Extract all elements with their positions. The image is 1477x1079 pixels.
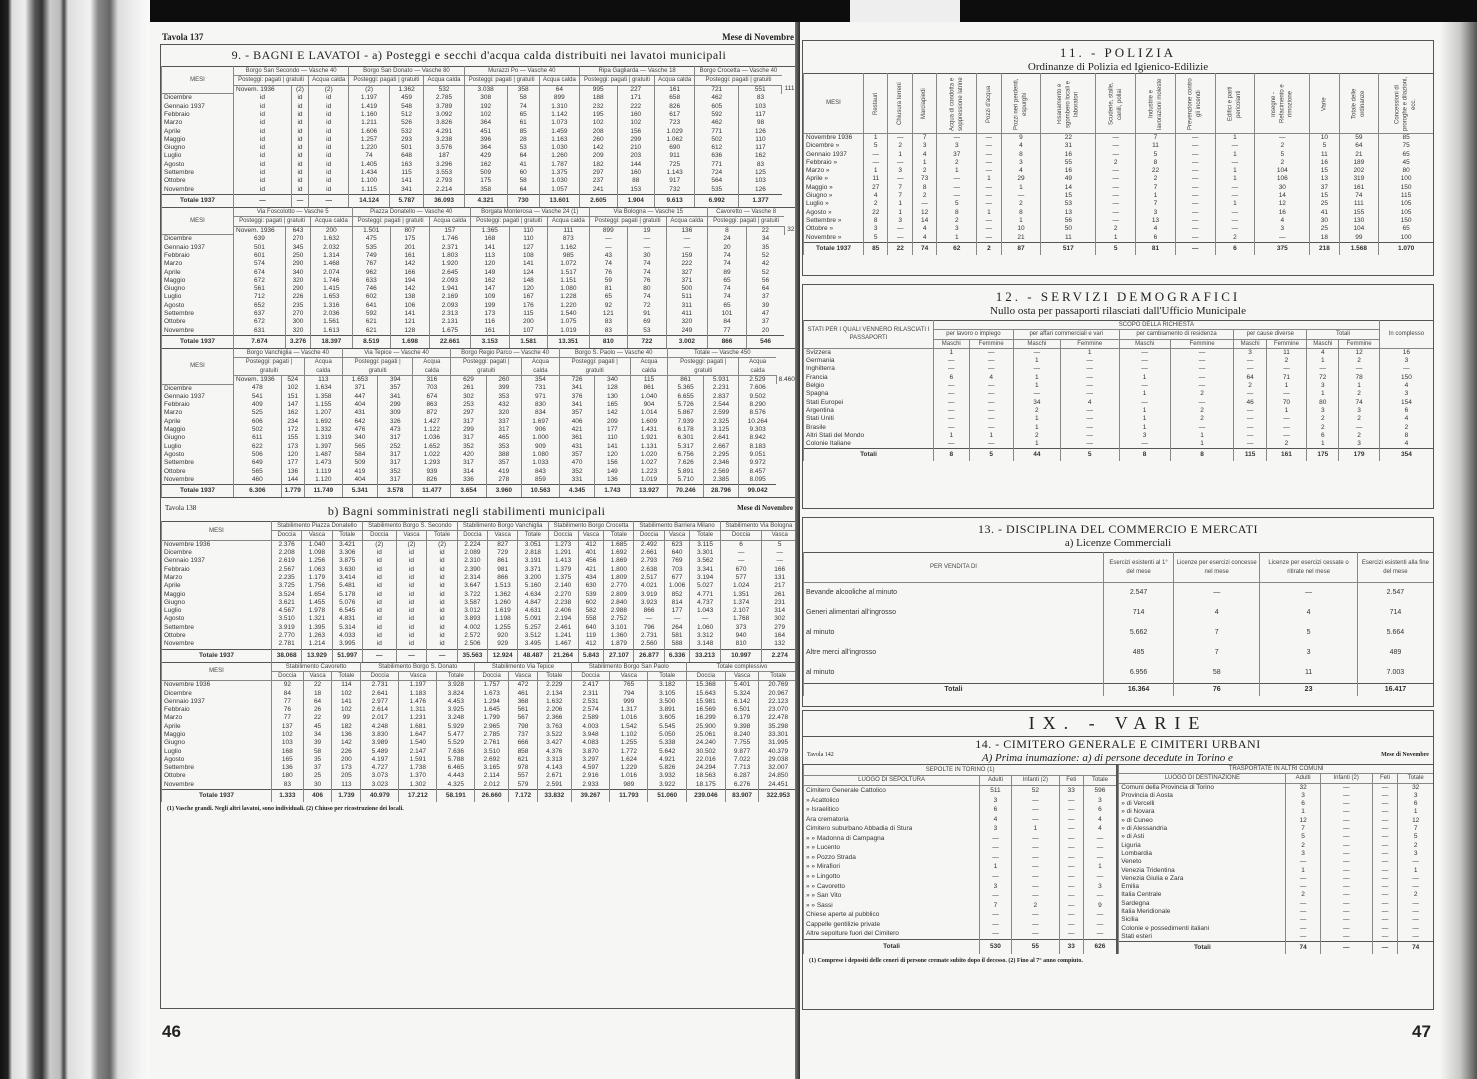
table-cell: — [969,440,1013,449]
column-header: Infanti (2) [1320,774,1372,783]
table-cell: 35.298 [759,723,797,731]
table-cell: 4.631 [518,607,548,615]
column-header: Ripa Gagliarda — Vasche 18 [579,67,694,76]
table-row: Altre sepolture fuori del Cimitero———— [804,930,1118,940]
table-cell: 319 [1339,175,1379,183]
table-cell: 297 [579,169,617,177]
table-cell: Totali [804,940,980,955]
table-cell: 16 [1041,167,1096,175]
table-row: Gennaio 19372.6191.2563.875ididid2.31086… [162,557,798,565]
table-cell: 11 [1310,151,1339,159]
table-cell: 978 [509,764,538,772]
cimitero-footnote: (1) Comprese i depositi delle ceneri di … [803,954,1433,968]
table-cell: 16.364 [1104,684,1174,697]
table-cell: — [1096,142,1136,150]
table-cell: 341 [378,393,413,401]
table-cell: 1 [1286,808,1320,816]
table-cell: id [427,557,457,565]
table-cell: 971 [521,393,559,401]
table-cell: 22.478 [759,714,797,722]
table-cell: 37 [746,293,784,301]
table-cell: — [1320,833,1372,841]
column-header: Posteggi: pagati | gratuiti [559,358,630,376]
table-cell: 151 [281,393,304,401]
table-cell: — [980,911,1012,921]
table-cell: 3.576 [424,144,464,152]
column-header: Vasca [396,531,427,540]
table-cell: 3 [1255,225,1310,233]
table-cell: 1.019 [548,327,589,336]
table-cell: 74 [708,293,747,301]
table-cell: » di Asti [1119,833,1286,841]
totals-row: Totale 19377.6743.27618.3978.5191.69822.… [162,335,798,348]
table-cell: 539 [578,591,604,599]
table-cell: id [362,624,396,632]
table-cell: — [1011,920,1059,930]
table-cell: 1.016 [610,772,648,780]
table-cell: 64 [507,152,539,160]
table-cell: Settembre [162,624,272,632]
table-cell: 6 [1379,407,1433,415]
table-cell: — [1119,382,1170,390]
table-cell: id [362,582,396,590]
table-cell: 2.752 [604,615,634,623]
table-cell: — [969,424,1013,432]
table-cell: 2.517 [634,574,664,582]
table-cell: — [1011,891,1059,901]
table-cell: 253 [451,401,486,409]
table-cell: 621 [352,318,391,326]
table-cell: 12 [1339,348,1379,357]
table-cell: 1.211 [349,119,389,127]
table-cell: 1.415 [311,285,352,293]
table-cell: id [309,103,349,111]
table-cell: 1 [1215,134,1255,143]
table-cell: 2.371 [429,244,470,252]
table-row: Giugno103391423.9891.5405.5292.7616663.4… [162,739,798,747]
table-cell: — [1175,242,1215,255]
column-header: Posteggi: pagati | gratuiti [668,358,739,376]
column-header: Posteggi: pagati | gratuiti [464,76,539,85]
table-cell: — [1096,167,1136,175]
table-row: Colonie e possedimenti italiani———— [1119,925,1433,933]
table-cell: 674 [413,393,451,401]
table-cell: — [1060,390,1119,398]
table-row: Febbraio2.5671.0633.630ididid2.3909813.3… [162,566,798,574]
table-cell: 2.785 [475,731,509,739]
table-cell: 1.879 [604,640,634,649]
table-cell: 1.155 [304,401,342,409]
table-cell: 524 [281,375,304,384]
table-cell: 85 [1379,134,1433,143]
table-cell: 1.360 [604,632,634,640]
table-cell: Novem. 1936 [234,85,292,94]
table-cell: 3.928 [437,681,475,690]
table-cell: 1 [980,863,1012,873]
table-cell: 155 [1339,209,1379,217]
table-cell: 1.692 [604,549,634,557]
table-row: Svizzera1——1——31141216 [804,348,1434,357]
table-cell: Colonie e possedimenti italiani [1119,925,1286,933]
table-cell: 168 [272,748,304,756]
table-cell: 1 [937,167,977,175]
table-cell: id [309,119,349,127]
table-cell: 4.831 [332,615,362,623]
table-cell: 5 [937,200,977,208]
table-cell: 6.179 [725,714,759,722]
table-cell: 290 [285,260,310,268]
table-cell: 2.933 [571,781,610,790]
table-cell: — [977,184,1001,192]
table-cell: Cimitero suburbano Abbadia di Stura [804,825,980,835]
table-cell: — [977,142,1001,150]
table-cell: 162 [471,277,510,285]
table-cell: 51.060 [648,790,687,803]
table-cell: 4.321 [464,194,507,207]
table-row: Agosto165352004.1971.5915.7882.6926213.3… [162,756,798,764]
table-cell: 3.148 [690,640,720,649]
table-cell: — [1320,825,1372,833]
table-cell: 2.916 [571,772,610,780]
table-cell: 535 [695,186,739,195]
table-cell: 299 [378,401,413,409]
table-row: » di Vercelli6——6 [1119,800,1433,808]
column-header: Murazzi Po — Vasche 40 [464,67,579,76]
table-cell: 2.667 [703,443,738,451]
column-header: MESI [162,522,272,541]
column-header: Adulti [980,775,1012,786]
table-cell: Bevande alcooliche al minuto [804,583,1104,604]
table-cell: 182 [579,161,617,169]
table-cell: 1 [1013,440,1060,449]
table-cell: 175 [464,177,507,185]
table-cell: 120 [281,451,304,459]
table-cell: Dicembre [162,384,234,393]
table-row: Aprile »11—73—12949—2—110613319100 [804,175,1434,183]
table-cell: 119 [578,632,604,640]
table-cell: Novembre 1936 [162,540,272,549]
table-cell: 1 [912,159,936,167]
table-cell: 9.613 [655,194,695,207]
left-page: Tavola 137 Mese di Novembre 9. - BAGNI E… [150,22,798,1079]
table-cell: 74 [589,260,628,268]
table-cell: 2.376 [272,540,302,549]
table-cell: — [1083,872,1117,882]
table-cell: 1 [1119,424,1170,432]
column-header: Posteggi: pagati | gratuiti [342,358,413,376]
table-cell: Agosto » [804,209,864,217]
table-cell: 1.162 [548,244,589,252]
table-cell: 5.160 [518,582,548,590]
table-cell: 1.487 [304,451,342,459]
table-cell: 3.312 [690,632,720,640]
table-cell: 3.495 [518,640,548,649]
table-cell: — [969,407,1013,415]
table-cell: 732 [655,186,695,195]
table-cell: — [888,175,912,183]
table-cell: 6.301 [668,434,703,442]
column-header: Posteggi: pagati | gratuiti [451,358,522,376]
table-cell: 582 [578,607,604,615]
table-cell: Novembre » [804,234,864,243]
table-cell: 2.638 [634,566,664,574]
table-cell: 128 [391,327,430,336]
table-cell: 4.003 [571,723,610,731]
table-cell: 83 [739,94,782,103]
table-cell: 5.489 [361,748,399,756]
table-cell: 962 [352,269,391,277]
column-header: Totali [1307,330,1380,339]
table-cell: 796 [634,624,664,632]
table-cell: 666 [509,739,538,747]
table-cell: — [1234,424,1266,432]
table-cell: Febbraio [162,252,234,260]
column-header: Acqua calda [424,76,464,85]
table-cell: 5 [969,449,1013,462]
table-cell: id [427,574,457,582]
table-cell: Ottobre [162,177,234,185]
table-cell: (2) [427,540,457,549]
table-cell: — [937,175,977,183]
table-cell: Dicembre [162,549,272,557]
column-header: Posteggi: pagati | gratuiti [349,76,424,85]
table-cell: Gennaio 1937 [162,393,234,401]
table-cell: — [937,184,977,192]
table-cell: 74 [1286,942,1320,955]
table-cell: 1.228 [548,293,589,301]
table-cell: 2.547 [1357,583,1433,604]
table-cell: 652 [234,302,286,310]
table-cell: 406 [303,790,332,803]
table-cell: — [1011,863,1059,873]
column-header: Cavoretto — Vasche 8 [708,207,785,216]
table-cell: 314 [762,607,797,615]
table-cell: — [1320,850,1372,858]
table-cell: 1.746 [311,277,352,285]
table-cell: — [969,415,1013,423]
table-cell: 406 [559,418,594,426]
table-cell: id [309,169,349,177]
table-cell: — [1060,382,1119,390]
table-cell: 3.414 [332,574,362,582]
table-cell: 5.365 [668,384,703,393]
table-cell: 22 [1041,134,1096,143]
table-cell: 1.809 [604,574,634,582]
table-cell: 4 [969,374,1013,382]
column-header: Edifici e parti pericolanti [1215,74,1255,134]
table-cell: — [1234,365,1266,373]
column-header: Maschi [1119,339,1170,348]
table-cell: 826 [655,103,695,111]
column-header: Pozzi d'acqua [977,74,1001,134]
table-row: Dicembre2.2081.0983.306ididid2.0897292.8… [162,549,798,557]
table-cell: 7.636 [437,748,475,756]
table-cell: 4.143 [537,764,571,772]
table-cell: — [1320,916,1372,924]
table-cell: 83 [589,318,628,326]
column-header: Esercizi esistenti alla fine del mese [1357,553,1433,583]
table-cell: — [1011,806,1059,816]
table-cell: — [1215,192,1255,200]
table-cell: 1.014 [630,409,668,417]
table-row: Settembre6491771.4735093171.2933173571.0… [162,459,798,467]
table-cell: 1.273 [548,540,578,549]
table-cell: 108 [509,252,548,260]
table-row: Giugno6111551.3193403171.0363174651.0003… [162,434,798,442]
table-row: Bevande alcooliche al minuto 2.547——2.54… [804,583,1434,604]
table-cell: 9 [1001,134,1041,143]
table-cell: 843 [521,468,559,476]
table-cell: 4.921 [648,756,687,764]
table-cell: 317 [378,434,413,442]
column-header: Totale [759,671,797,680]
table-cell: 317 [451,418,486,426]
table-cell: Totale 1937 [804,242,864,255]
table-cell: 3.115 [690,540,720,549]
table-cell: 1.317 [610,706,648,714]
table-cell: 1.800 [604,566,634,574]
table-cell: 3.313 [537,756,571,764]
table-cell: Sardegna [1119,900,1286,908]
table-cell: 11 [1266,348,1306,357]
polizia-title: 11. - POLIZIA [803,41,1433,61]
table-cell: 147 [281,401,304,409]
table-cell: 8.457 [739,468,776,476]
table-cell: 136 [332,731,361,739]
table-cell: 8.460 [776,375,797,384]
table-cell: 1.869 [604,557,634,565]
table-cell: 3.995 [332,640,362,649]
column-header: Femmine [969,339,1013,348]
table-row: Settembre136371734.7271.7386.4653.165978… [162,764,798,772]
table-row: Ottobre »3—43—105024——32510465 [804,225,1434,233]
table-cell: 74 [1339,192,1379,200]
table-cell: 161 [1266,449,1306,462]
table-cell: 461 [509,690,538,698]
table-cell: 1.351 [720,591,762,599]
table-cell: — [969,348,1013,357]
table-cell: 2.311 [571,690,610,698]
table-cell: 714 [1357,603,1433,623]
table-cell: 317 [378,476,413,485]
table-cell: 2.313 [429,310,470,318]
table-cell: 226 [332,748,361,756]
table-cell: 327 [666,269,707,277]
table-cell: 130 [595,393,630,401]
table-row: Marzo7722992.0171.2313.2481.7995672.3662… [162,714,798,722]
table-cell: 1 [1013,424,1060,432]
table-cell: 690 [655,144,695,152]
table-cell: id [291,169,308,177]
table-cell: 302 [762,615,797,623]
table-cell: id [291,161,308,169]
table-cell: 53 [1041,200,1096,208]
table-cell: 670 [720,566,762,574]
table-row: Brasile——1—1———2—2 [804,424,1434,432]
table-cell: 4 [1255,217,1310,225]
table-cell: 357 [559,451,594,459]
table-cell: 13 [1041,209,1096,217]
table-cell: id [396,599,427,607]
table-cell: 526 [389,119,424,127]
table-cell: 1.613 [311,327,352,336]
table-cell: 15.368 [687,681,726,690]
table-cell: 92 [272,681,304,690]
table-cell: 290 [285,285,310,293]
table-cell: 579 [509,781,538,790]
table-cell: Febbraio [162,706,272,714]
table-cell: 317 [378,451,413,459]
table-cell: 2.793 [424,177,464,185]
table-cell: 1.080 [548,285,589,293]
table-cell: 1 [1266,407,1306,415]
column-header: Feti [1059,775,1083,786]
table-row: Dicembreididid1.1974592.7853085889918817… [162,94,798,103]
table-cell: 1 [1011,825,1059,835]
column-header: Doccia [634,531,664,540]
table-cell: 62 [937,242,977,255]
table-cell: 4.291 [424,128,464,136]
table-cell: 7.713 [725,764,759,772]
table-cell: 4 [912,225,936,233]
table-cell: 1.739 [332,790,361,803]
table-cell: Cappelle gentilizie private [804,920,980,930]
table-row: Dicembre84181022.6411.1833.8241.6734612.… [162,690,798,698]
table-cell: 470 [559,459,594,467]
table-cell: 7.172 [509,790,538,803]
table-cell: 4 [1136,225,1176,233]
table-cell: 5 [1286,833,1320,841]
table-cell: — [1059,796,1083,806]
table-cell: — [980,920,1012,930]
table-cell: 130 [1339,217,1379,225]
table-cell: 1 [1307,357,1339,365]
table-cell: 74 [912,242,936,255]
table-cell: 1.501 [352,226,391,235]
table-row: Cappelle gentilizie private———— [804,920,1118,930]
table-row: Italia Centrale2——2 [1119,891,1433,899]
table-cell: — [762,557,797,565]
table-cell: — [1215,142,1255,150]
table-cell: 1 [1096,234,1136,243]
table-cell: — [934,440,970,449]
column-header: Maschi [1234,339,1266,348]
table-cell: 7.626 [668,459,703,467]
table-cell: 2.569 [703,468,738,476]
table-cell: 4 [980,815,1012,825]
table-cell: » Israelitico [804,806,980,816]
table-cell: 3 [937,142,977,150]
table-cell: 2.645 [429,269,470,277]
table-cell: 7 [1286,825,1320,833]
table-cell: 3.023 [361,781,399,790]
table-cell: 5.545 [648,723,687,731]
table-cell: 1.459 [539,128,579,136]
column-header: Vasca [509,671,538,680]
table-cell: 106 [391,302,430,310]
table-cell: 1.019 [630,476,668,485]
table-cell: 2.619 [272,557,302,565]
table-cell: 1.904 [617,194,655,207]
table-cell: 636 [695,152,739,160]
table-cell: Chiese aperte al pubblico [804,911,980,921]
table-cell: 1.634 [304,384,342,393]
table-cell: 3.870 [571,748,610,756]
table-cell: 132 [762,640,797,649]
table-cell: 2 [1398,891,1433,899]
table-cell: 102 [281,384,304,393]
table-cell: Aprile » [804,175,864,183]
